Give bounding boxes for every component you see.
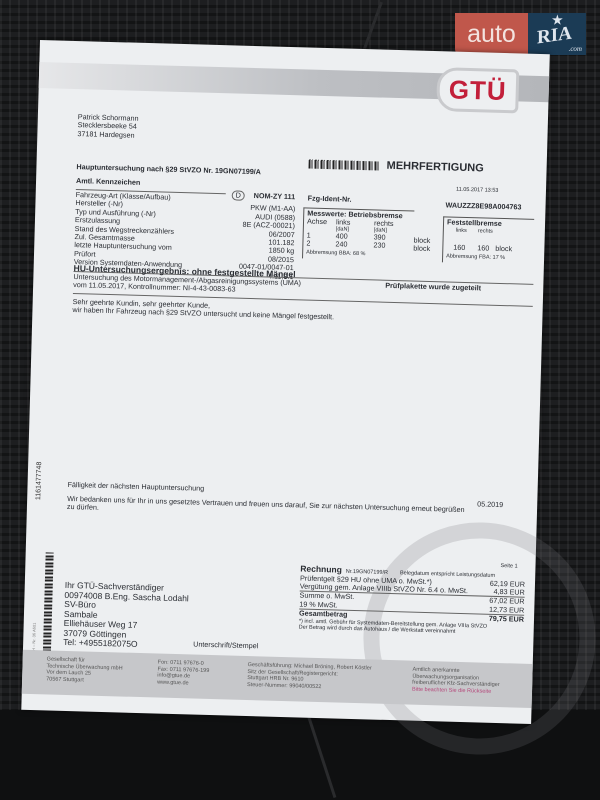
next-inspection-date: 05.2019 <box>477 500 503 509</box>
plate-label: Amtl. Kennzeichen <box>76 177 141 187</box>
document-text: 70567 Stuttgart <box>46 676 122 685</box>
sticker-issued: Prüfplakette wurde zugeteilt <box>385 282 481 293</box>
document-text: 160 <box>477 244 489 253</box>
document-text: block <box>413 245 430 254</box>
inspection-datetime: 11.05.2017 13:53 <box>456 187 499 195</box>
document-text: www.gtue.de <box>157 679 209 687</box>
document-text: Geschäftsführung: Michael Bröning, Rober… <box>247 662 372 691</box>
watermark-ria: ★ RIA .com <box>528 13 586 55</box>
watermark-auto: auto <box>455 13 528 55</box>
vin-label: Fzg-Ident-Nr. <box>308 195 352 205</box>
side-barcode-number: 1161477748 <box>35 462 43 501</box>
document-text: Amtlich anerkannteÜberwachungsorganisati… <box>412 667 500 695</box>
invoice: Rechnung Nr.19GN07199/R Belegdatum entsp… <box>299 563 526 637</box>
document-text: MEHRFERTIGUNG <box>386 160 483 175</box>
document-text: Abbremsung BBA: 68 % <box>306 250 365 258</box>
autoria-watermark: auto ★ RIA .com <box>455 13 588 55</box>
document-text: rechts <box>478 228 493 235</box>
inspection-document: GTÜ Patrick SchormannStecklersbeeke 5437… <box>21 40 550 724</box>
parking-brake-table: Feststellbremse links rechts 160 160 blo… <box>442 216 534 265</box>
document-text: 37181 Hardegsen <box>77 130 138 140</box>
document-text: 160 <box>453 244 465 253</box>
document-text: Achse <box>307 218 327 227</box>
recipient-address: Patrick SchormannStecklersbeeke 5437181 … <box>77 113 138 140</box>
copy-label: MEHRFERTIGUNG <box>308 158 483 175</box>
next-inspection-label: Fälligkeit der nächsten Hauptuntersuchun… <box>67 481 204 493</box>
vin: WAUZZZ8E98A004763 <box>445 201 521 212</box>
signature-label: Unterschrift/Stempel <box>193 641 258 651</box>
header-barcode <box>309 159 379 170</box>
thanks-text: Wir bedanken uns für Ihr in uns gesetzte… <box>67 495 467 523</box>
document-text: 79,75 EUR <box>489 615 524 624</box>
letter-body: wir haben Ihr Fahrzeug nach §29 StVZO un… <box>72 306 334 322</box>
document-text: links <box>456 228 467 235</box>
control-number: vom 11.05.2017, Kontrollnummer: NI-4-43-… <box>73 281 236 294</box>
document-text: 240 <box>335 240 347 249</box>
service-brake-table: Messwerte: Betriebsbremse Achse links re… <box>302 207 414 261</box>
inspection-title: Hauptuntersuchung nach §29 StVZO Nr. 19G… <box>76 163 261 177</box>
document-text: Gesellschaft fürTechnische Überwachung m… <box>46 656 123 684</box>
document-text: Abbremsung FBA: 17 % <box>446 253 505 261</box>
gtu-logo: GTÜ <box>436 67 519 113</box>
document-text: 230 <box>373 241 385 250</box>
expert-block: Ihr GTÜ-Sachverständiger00974008 B.Eng. … <box>63 581 189 651</box>
document-text: GTÜ <box>448 74 507 107</box>
document-text: block <box>495 245 512 254</box>
document-text: Fon: 0711 97676-0Fax: 0711 97676-199info… <box>157 660 210 687</box>
document-text: 2 <box>306 240 310 249</box>
